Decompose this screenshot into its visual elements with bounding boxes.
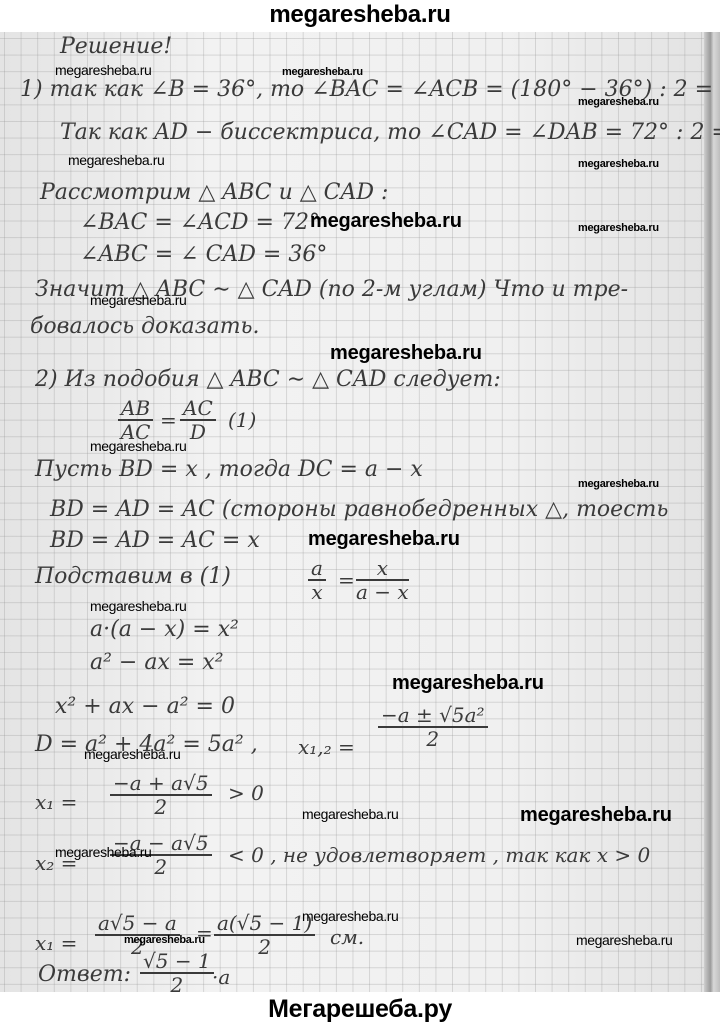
- x1final-num1: a√5 − a: [95, 912, 180, 936]
- eq1-lhs: AB AC: [118, 397, 153, 443]
- x1-tail: > 0: [228, 780, 264, 806]
- eq2-lhs-num: a: [308, 557, 326, 581]
- watermark[interactable]: megaresheba.ru: [520, 804, 672, 827]
- watermark[interactable]: megaresheba.ru: [90, 438, 186, 454]
- x1-frac: −a + a√5 2: [110, 772, 212, 818]
- eq1-rhs: AC D: [180, 397, 216, 443]
- x1-num: −a + a√5: [110, 772, 212, 796]
- line-equal-sides: BD = AD = AC (стороны равнобедренных △, …: [50, 497, 668, 523]
- line-angle-bac: ∠BAC = ∠ACD = 72°: [80, 210, 320, 236]
- x1final-label: x₁ =: [35, 930, 77, 956]
- x1-label: x₁ =: [35, 789, 77, 815]
- roots-num: −a ± √5a²: [378, 704, 488, 728]
- line-proved: бовалось доказать.: [30, 314, 260, 340]
- line-quadratic: x² + ax − a² = 0: [55, 694, 235, 720]
- answer-tail: ·a: [212, 964, 230, 990]
- line-expand: a·(a − x) = x²: [90, 617, 239, 643]
- x1-den: 2: [110, 796, 212, 818]
- x1final-den2: 2: [214, 936, 315, 958]
- answer-num: √5 − 1: [140, 950, 214, 974]
- eq2-rhs-den: a − x: [356, 581, 409, 603]
- watermark[interactable]: megaresheba.ru: [576, 932, 672, 948]
- line-angle-abc: ∠ABC = ∠ CAD = 36°: [80, 242, 327, 268]
- line-consider: Рассмотрим △ ABC и △ CAD :: [40, 180, 388, 206]
- eq2-lhs-den: x: [308, 581, 326, 603]
- watermark[interactable]: megaresheba.ru: [84, 746, 180, 762]
- eq1-tag: (1): [228, 407, 256, 433]
- line-bd-x: BD = AD = AC = x: [50, 528, 260, 554]
- watermark[interactable]: megaresheba.ru: [302, 806, 398, 822]
- eq2-rhs: x a − x: [356, 557, 409, 603]
- answer-label: Ответ:: [38, 962, 131, 988]
- eq2-op: =: [338, 567, 355, 593]
- watermark[interactable]: megaresheba.ru: [392, 672, 544, 695]
- watermark[interactable]: megaresheba.ru: [68, 152, 164, 168]
- answer-frac: √5 − 1 2: [140, 950, 214, 992]
- roots-label: x₁,₂ =: [298, 734, 355, 760]
- eq1-op: =: [160, 407, 177, 433]
- site-header[interactable]: megaresheba.ru: [0, 0, 720, 32]
- watermark[interactable]: megaresheba.ru: [578, 96, 659, 108]
- solution-title: Решение!: [60, 34, 172, 60]
- watermark[interactable]: megaresheba.ru: [578, 222, 659, 234]
- answer-den: 2: [140, 974, 214, 992]
- x1final-unit: см.: [330, 924, 364, 950]
- eq1-lhs-num: AB: [118, 397, 153, 421]
- roots-frac: −a ± √5a² 2: [378, 704, 488, 750]
- watermark[interactable]: megaresheba.ru: [578, 478, 659, 490]
- watermark[interactable]: megaresheba.ru: [124, 934, 205, 946]
- site-footer[interactable]: Мегарешеба.ру: [0, 992, 720, 1026]
- eq2-rhs-num: x: [356, 557, 409, 581]
- watermark[interactable]: megaresheba.ru: [90, 292, 186, 308]
- x1final-frac2: a(√5 − 1) 2: [214, 912, 315, 958]
- watermark[interactable]: megaresheba.ru: [302, 908, 398, 924]
- watermark[interactable]: megaresheba.ru: [282, 66, 363, 78]
- x1final-num2: a(√5 − 1): [214, 912, 315, 936]
- watermark[interactable]: megaresheba.ru: [55, 844, 151, 860]
- line-a2: a² − ax = x²: [90, 650, 224, 676]
- line-substitute: Подставим в (1): [35, 564, 231, 590]
- watermark[interactable]: megaresheba.ru: [578, 158, 659, 170]
- watermark[interactable]: megaresheba.ru: [90, 598, 186, 614]
- notebook-page: Решение! 1) так как ∠B = 36°, то ∠BAC = …: [0, 32, 720, 992]
- roots-den: 2: [378, 728, 488, 750]
- eq2-lhs: a x: [308, 557, 326, 603]
- line-let-bd: Пусть BD = x , тогда DC = a − x: [35, 457, 423, 483]
- line-from-similarity: 2) Из подобия △ ABC ∼ △ CAD следует:: [35, 367, 501, 393]
- page-edge-shadow: [704, 32, 720, 992]
- watermark[interactable]: megaresheba.ru: [330, 342, 482, 365]
- x2-tail: < 0 , не удовлетворяет , так как x > 0: [228, 842, 650, 868]
- watermark[interactable]: megaresheba.ru: [55, 62, 151, 78]
- eq1-rhs-num: AC: [180, 397, 216, 421]
- line-bisector: Так как AD − биссектриса, то ∠CAD = ∠DAB…: [60, 120, 720, 146]
- watermark[interactable]: megaresheba.ru: [308, 528, 460, 551]
- watermark[interactable]: megaresheba.ru: [310, 210, 462, 233]
